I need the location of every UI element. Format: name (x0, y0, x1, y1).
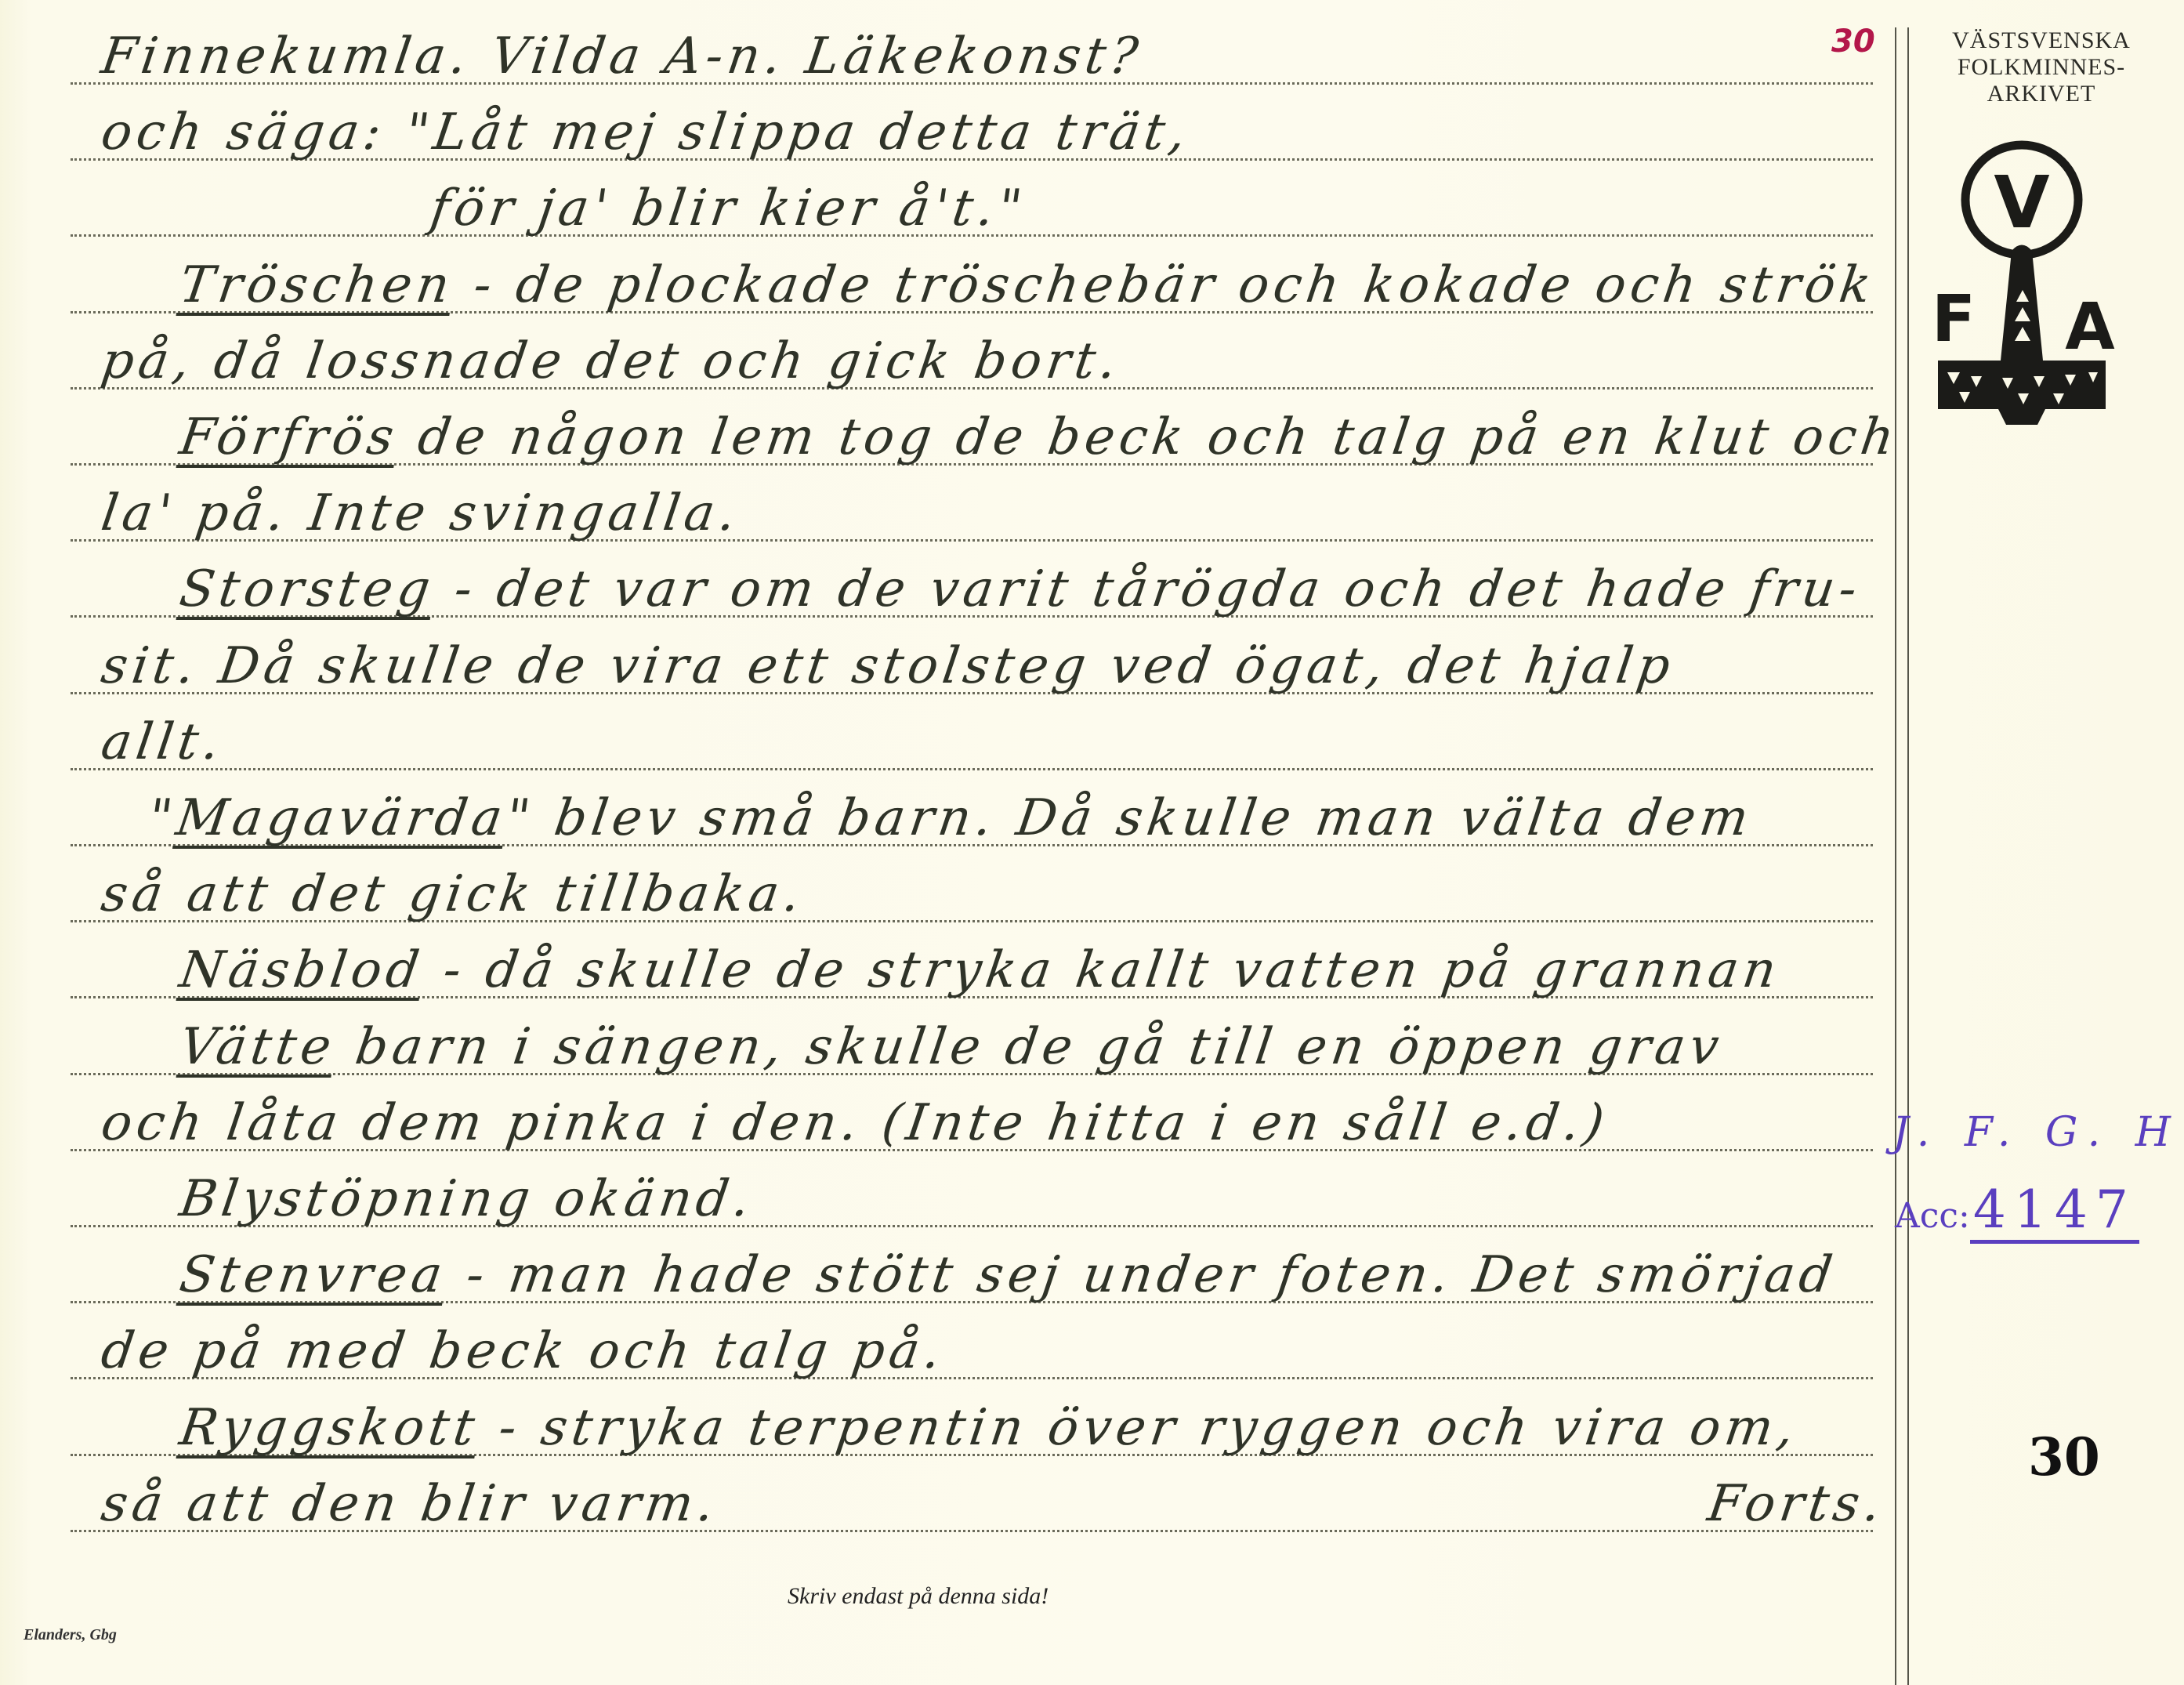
manuscript-line: för ja' blir kier å't." (427, 179, 1030, 237)
manuscript-text: - då skulle de stryka kallt vatten på gr… (419, 941, 1784, 999)
archive-name-line: VÄSTSVENSKA (1916, 27, 2167, 54)
manuscript-line: Näsblod - då skulle de stryka kallt vatt… (176, 941, 1784, 999)
underlined-keyword: Tröschen (176, 256, 458, 314)
printer-imprint: Elanders, Gbg (24, 1626, 117, 1644)
underlined-keyword: Stenvrea (176, 1246, 451, 1304)
ruled-writing-area: Finnekumla. Vilda A-n. Läkekonst?och säg… (0, 0, 1881, 1607)
logo-letter-f: F (1932, 282, 1976, 357)
accession-stamp: Acc:4147 (1895, 1179, 2139, 1240)
red-page-number: 30 (1831, 24, 1875, 60)
manuscript-text: - stryka terpentin över ryggen och vira … (475, 1399, 1802, 1457)
manuscript-line: allt. (98, 713, 228, 771)
manuscript-text: och låta dem pinka i den. (Inte hitta i … (98, 1094, 1613, 1152)
manuscript-text: så att det gick tillbaka. (98, 865, 809, 923)
manuscript-line: Tröschen - de plockade tröschebär och ko… (176, 256, 1879, 314)
dotted-rule-line (71, 768, 1873, 770)
manuscript-text: på, då lossnade det och gick bort. (98, 332, 1125, 390)
footer-instruction: Skriv endast på denna sida! (788, 1583, 1049, 1610)
accession-number: 4147 (1970, 1179, 2139, 1244)
manuscript-text: la' på. Inte svingalla. (98, 484, 744, 542)
logo-letter-a: A (2065, 290, 2115, 364)
margin-double-rule (1895, 27, 1909, 1685)
printed-page-number: 30 (2028, 1426, 2100, 1488)
underlined-keyword: Ryggskott (176, 1399, 483, 1457)
underlined-keyword: Näsblod (176, 941, 427, 999)
thors-hammer-logo-icon: V F A (1924, 133, 2120, 431)
manuscript-line: så att den blir varm.Forts. (98, 1475, 723, 1533)
manuscript-line: Storsteg - det var om de varit tårögda o… (176, 560, 1865, 618)
manuscript-line: de på med beck och talg på. (98, 1322, 949, 1380)
archive-record-page: Finnekumla. Vilda A-n. Läkekonst?och säg… (0, 0, 2184, 1685)
underlined-keyword: Förfrös (176, 408, 402, 466)
underlined-keyword: Magavärda (172, 789, 510, 847)
manuscript-line: så att det gick tillbaka. (98, 865, 809, 923)
manuscript-line: sit. Då skulle de vira ett stolsteg ved … (98, 637, 1679, 695)
manuscript-text: allt. (98, 713, 228, 771)
manuscript-text: " blev små barn. Då skulle man välta dem (502, 789, 1756, 847)
manuscript-text: - man hade stött sej under foten. Det sm… (442, 1246, 1840, 1304)
manuscript-text: - de plockade tröschebär och kokade och … (450, 256, 1879, 314)
manuscript-text: och säga: "Låt mej slippa detta trät, (98, 103, 1194, 161)
collector-initials-stamp: J. F. G. H (1892, 1109, 2182, 1156)
manuscript-text: de någon lem tog de beck och talg på en … (393, 408, 1902, 466)
archive-name-line: ARKIVET (1916, 81, 2167, 107)
manuscript-text: - det var om de varit tårögda och det ha… (430, 560, 1865, 618)
continued-marker: Forts. (1704, 1475, 1889, 1533)
manuscript-text: barn i sängen, skulle de gå till en öppe… (331, 1018, 1727, 1076)
manuscript-line: Finnekumla. Vilda A-n. Läkekonst? (98, 27, 1146, 85)
manuscript-line: på, då lossnade det och gick bort. (98, 332, 1125, 390)
manuscript-text: sit. Då skulle de vira ett stolsteg ved … (98, 637, 1679, 695)
manuscript-line: "Magavärda" blev små barn. Då skulle man… (145, 789, 1757, 847)
archive-name-line: FOLKMINNES- (1916, 54, 2167, 81)
manuscript-line: Stenvrea - man hade stött sej under fote… (176, 1246, 1841, 1304)
manuscript-line: Blystöpning okänd. (176, 1170, 758, 1228)
manuscript-text: de på med beck och talg på. (98, 1322, 949, 1380)
manuscript-text: så att den blir varm. (98, 1475, 723, 1533)
manuscript-text: Finnekumla. Vilda A-n. Läkekonst? (98, 27, 1146, 85)
manuscript-text: för ja' blir kier å't." (427, 179, 1030, 237)
manuscript-line: Vätte barn i sängen, skulle de gå till e… (176, 1018, 1727, 1076)
underlined-keyword: Vätte (176, 1018, 339, 1076)
accession-label: Acc: (1895, 1196, 1970, 1236)
manuscript-line: och säga: "Låt mej slippa detta trät, (98, 103, 1194, 161)
manuscript-line: Ryggskott - stryka terpentin över ryggen… (176, 1399, 1802, 1457)
manuscript-text: Blystöpning okänd. (176, 1170, 758, 1228)
archive-name: VÄSTSVENSKA FOLKMINNES- ARKIVET (1916, 27, 2167, 107)
manuscript-line: Förfrös de någon lem tog de beck och tal… (176, 408, 1903, 466)
logo-letter-v: V (1994, 161, 2049, 245)
manuscript-line: och låta dem pinka i den. (Inte hitta i … (98, 1094, 1613, 1152)
manuscript-line: la' på. Inte svingalla. (98, 484, 744, 542)
underlined-keyword: Storsteg (176, 560, 438, 618)
